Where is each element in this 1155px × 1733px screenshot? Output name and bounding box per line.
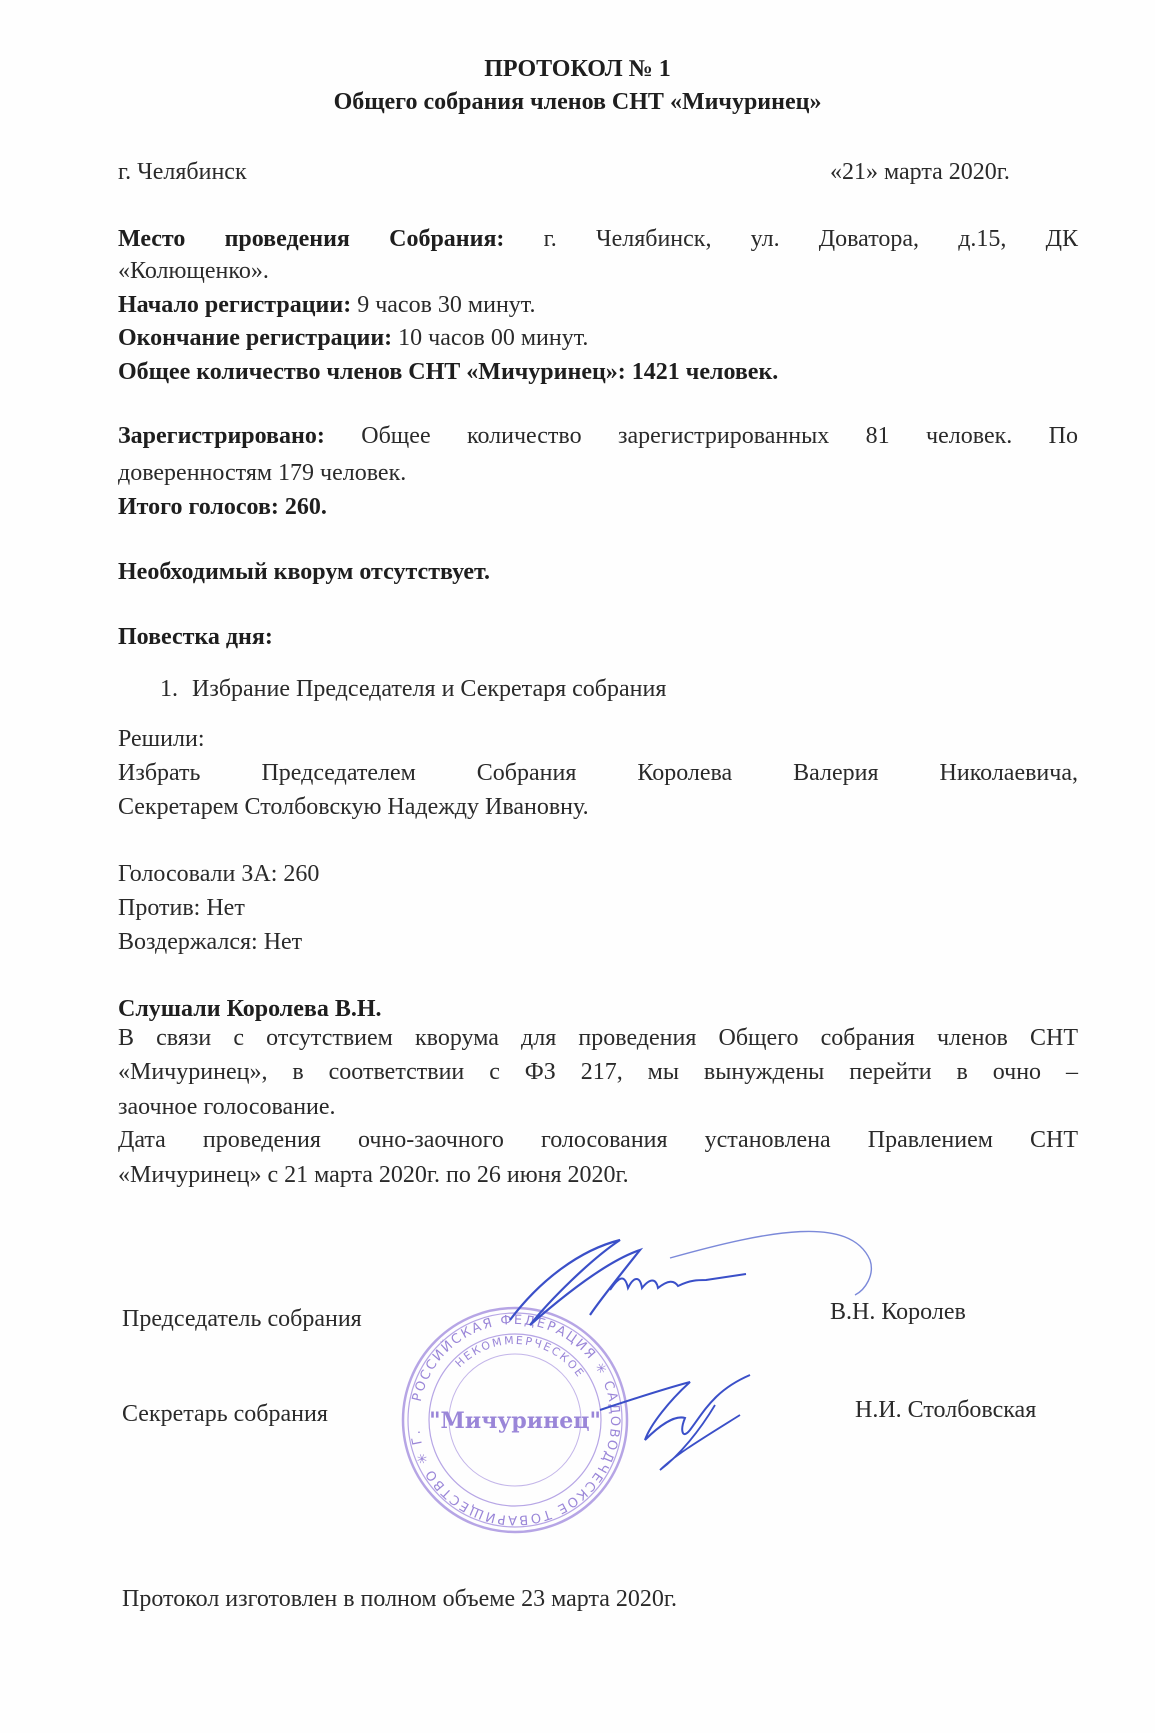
agenda-item: 1. Избрание Председателя и Секретаря соб… (160, 677, 666, 701)
decision-line2: Секретарем Столбовскую Надежду Ивановну. (118, 795, 589, 819)
decision-heading: Решили: (118, 727, 205, 751)
decision-line1: Избрать Председателем Собрания Королева … (118, 756, 1078, 790)
registered-line1: Зарегистрировано: Общее количество зарег… (118, 419, 1078, 453)
quorum-status: Необходимый кворум отсутствует. (118, 560, 490, 584)
registered-value: Общее количество зарегистрированных 81 ч… (361, 423, 1078, 449)
document-page: ПРОТОКОЛ № 1 Общего собрания членов СНТ … (0, 0, 1155, 1733)
secretary-name: Н.И. Столбовская (855, 1398, 1036, 1422)
city: г. Челябинск (118, 160, 247, 184)
registration-start-value: 9 часов 30 минут. (357, 292, 535, 318)
total-votes: Итого голосов: 260. (118, 495, 327, 519)
meeting-date: «21» марта 2020г. (830, 160, 1010, 184)
agenda-item-text: Избрание Председателя и Секретаря собран… (192, 676, 666, 702)
chairman-signature-icon (470, 1220, 890, 1340)
registration-start-label: Начало регистрации: (118, 292, 351, 318)
registration-end-label: Окончание регистрации: (118, 325, 392, 351)
svg-text:"Мичуринец": "Мичуринец" (429, 1408, 601, 1434)
venue-label: Место проведения Собрания: (118, 226, 504, 252)
heard-line4: Дата проведения очно-заочного голосовани… (118, 1123, 1078, 1157)
chairman-label: Председатель собрания (122, 1307, 362, 1331)
votes-for: Голосовали ЗА: 260 (118, 862, 319, 886)
registered-line2: доверенностям 179 человек. (118, 461, 406, 485)
secretary-label: Секретарь собрания (122, 1402, 328, 1426)
registered-label: Зарегистрировано: (118, 423, 325, 449)
venue-line2: «Колющенко». (118, 259, 269, 283)
secretary-signature-icon (590, 1370, 760, 1480)
heard-line3: заочное голосование. (118, 1095, 336, 1119)
agenda-heading: Повестка дня: (118, 625, 273, 649)
total-members: Общее количество членов СНТ «Мичуринец»:… (118, 360, 778, 384)
registration-end: Окончание регистрации: 10 часов 00 минут… (118, 326, 588, 350)
heard-line5: «Мичуринец» с 21 марта 2020г. по 26 июня… (118, 1163, 629, 1187)
document-title: ПРОТОКОЛ № 1 (0, 56, 1155, 83)
agenda-item-number: 1. (160, 676, 178, 702)
document-subtitle: Общего собрания членов СНТ «Мичуринец» (0, 89, 1155, 116)
registration-end-value: 10 часов 00 минут. (398, 325, 588, 351)
registration-start: Начало регистрации: 9 часов 30 минут. (118, 293, 535, 317)
votes-against: Против: Нет (118, 896, 245, 920)
heard-heading: Слушали Королева В.Н. (118, 997, 382, 1021)
votes-abstained: Воздержался: Нет (118, 930, 302, 954)
protocol-completion-note: Протокол изготовлен в полном объеме 23 м… (122, 1587, 677, 1611)
heard-line2: «Мичуринец», в соответствии с ФЗ 217, мы… (118, 1055, 1078, 1089)
venue-value: г. Челябинск, ул. Доватора, д.15, ДК (544, 226, 1078, 252)
venue-line1: Место проведения Собрания: г. Челябинск,… (118, 222, 1078, 256)
heard-line1: В связи с отсутствием кворума для провед… (118, 1021, 1078, 1055)
